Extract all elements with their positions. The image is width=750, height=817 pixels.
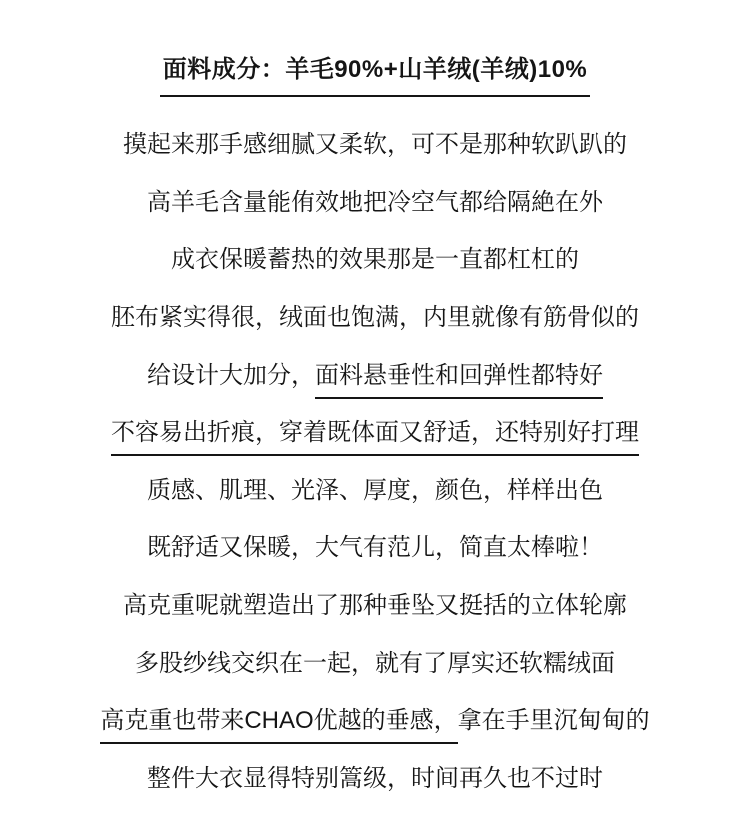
line-text: 高羊毛含量能侑效地把冷空气都给隔絶在外 [147,189,603,216]
underlined-line-text: 面料悬垂性和回弹性都特好 [315,362,603,399]
description-line: 胚布紧实得很，绒面也饱满，内里就像有筋骨似的 [0,289,750,347]
fabric-composition-title: 面料成分：羊毛90%+山羊绒(羊绒)10% [160,58,591,97]
line-text: 整件大衣显得特别篙级，时间再久也不过时 [147,765,603,792]
description-line: 成衣保暖蓄热的效果那是一直都杠杠的 [0,231,750,289]
description-line: 既舒适又保暖，大气有范儿，简直太棒啦！ [0,519,750,577]
underlined-line-text: 高克重也带来CHAO优越的垂感， [100,707,457,744]
underlined-line-text: 不容易出折痕，穿着既体面又舒适，还特别好打理 [111,419,639,456]
product-description-page: 面料成分：羊毛90%+山羊绒(羊绒)10% 摸起来那手感细腻又柔软，可不是那种软… [0,0,750,817]
line-text: 拿在手里沉甸甸的 [458,707,650,734]
description-line: 高羊毛含量能侑效地把冷空气都给隔絶在外 [0,174,750,232]
line-text: 胚布紧实得很，绒面也饱满，内里就像有筋骨似的 [111,304,639,331]
description-line: 给设计大加分，面料悬垂性和回弹性都特好 [0,347,750,405]
description-line: 多股纱线交织在一起，就有了厚实还软糯绒面 [0,635,750,693]
line-text: 给设计大加分， [147,362,315,389]
description-line: 高克重也带来CHAO优越的垂感，拿在手里沉甸甸的 [0,692,750,750]
description-line: 整件大衣显得特别篙级，时间再久也不过时 [0,750,750,808]
description-line: 高克重呢就塑造出了那种垂坠又挺括的立体轮廓 [0,577,750,635]
description-line: 质感、肌理、光泽、厚度，颜色，样样出色 [0,462,750,520]
description-line: 摸起来那手感细腻又柔软，可不是那种软趴趴的 [0,116,750,174]
line-text: 多股纱线交织在一起，就有了厚实还软糯绒面 [135,650,615,677]
title-row: 面料成分：羊毛90%+山羊绒(羊绒)10% [0,0,750,113]
description-line: 不容易出折痕，穿着既体面又舒适，还特别好打理 [0,404,750,462]
line-text: 质感、肌理、光泽、厚度，颜色，样样出色 [147,477,603,504]
line-text: 摸起来那手感细腻又柔软，可不是那种软趴趴的 [123,131,627,158]
line-text: 成衣保暖蓄热的效果那是一直都杠杠的 [171,246,579,273]
line-text: 高克重呢就塑造出了那种垂坠又挺括的立体轮廓 [123,592,627,619]
line-text: 既舒适又保暖，大气有范儿，简直太棒啦！ [147,534,603,561]
